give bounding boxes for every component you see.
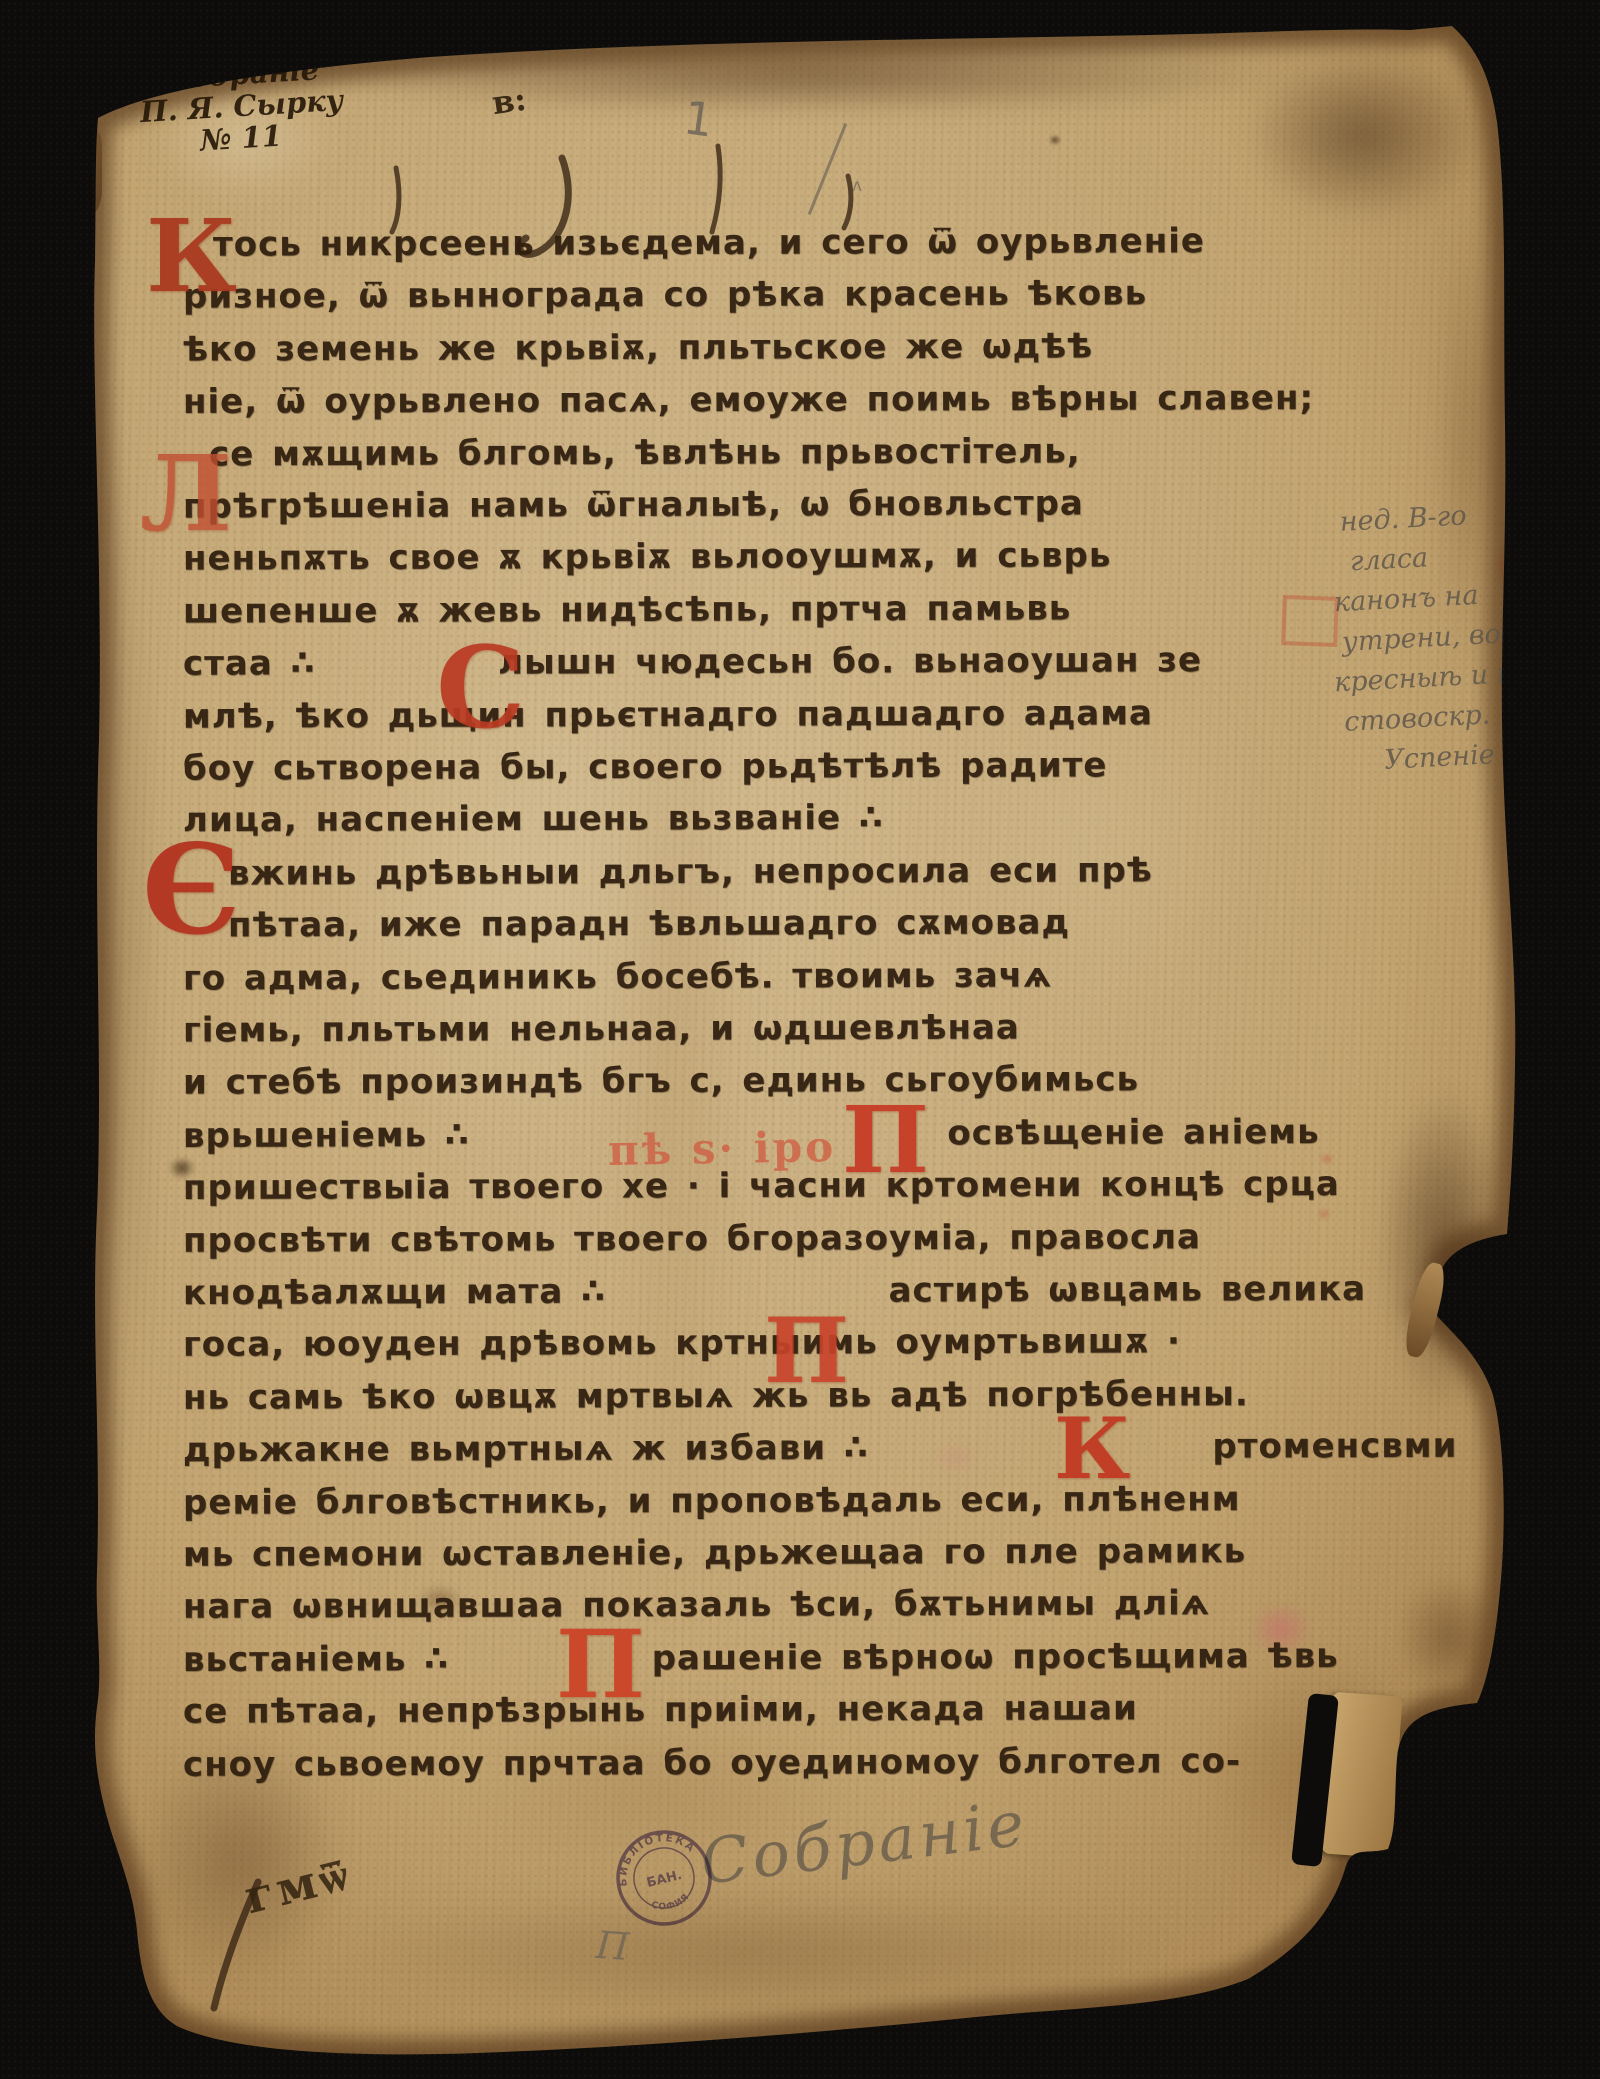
rubric-initial: П xyxy=(764,1312,849,1391)
parchment-leaf: пѣ ѕ· іро тось никрсеень изьєдема, и сег… xyxy=(0,0,1600,2079)
line-text: сноу сьвоемоу прчтаа бо оуединомоу блгот… xyxy=(183,1741,1241,1785)
manuscript-line: го адма, сьединикь босебѣ. твоимь зачѧ xyxy=(183,955,1052,998)
rubric-initial: Л xyxy=(140,448,232,540)
margin-note-pencil: нед. В-гогласаканонъ наутрени, вос-кресн… xyxy=(1329,493,1545,783)
rubric-initial: П xyxy=(556,1624,645,1707)
manuscript-line: и стебѣ произиндѣ бгъ с, единь сьгоубимь… xyxy=(183,1059,1139,1102)
line-text: освѣщеніе аніемь xyxy=(947,1112,1319,1153)
photo-background: пѣ ѕ· іро тось никрсеень изьєдема, и сег… xyxy=(0,0,1600,2079)
manuscript-line: боу сьтворена бы, своего рьдѣтѣлѣ радите xyxy=(183,745,1108,788)
line-text: врьшеніемь ∴ xyxy=(183,1115,487,1156)
manuscript-line: ніе, ѿ оурьвлено пасѧ, емоуже поимь вѣрн… xyxy=(183,378,1314,422)
manuscript-line: мь спемони ѡставленіе, дрьжещаа го пле р… xyxy=(183,1531,1246,1575)
manuscript-line: вжинь дрѣвьныи дльгъ, непросила еси прѣ xyxy=(183,850,1153,893)
line-text: млѣ, ѣко дьщин прьєтнадго падшадго адама xyxy=(183,693,1153,736)
rubric-initial: К xyxy=(1054,1412,1130,1486)
manuscript-line: неньпѫть свое ѫ крьвіѫ вьлооушмѫ, и сьвр… xyxy=(183,535,1111,578)
manuscript-line: гіемь, пльтьми нельнаа, и ѡдшевлѣнаа xyxy=(183,1008,1020,1051)
svg-text:СОФИЯ: СОФИЯ xyxy=(648,1891,694,1917)
line-text: ѣко земень же крьвіѫ, пльтьское же ѡдѣѣ xyxy=(183,326,1093,369)
line-text: вьстаніемь ∴ xyxy=(183,1639,467,1680)
manuscript-line: пришествыіа твоего хе · і часни кртомени… xyxy=(183,1164,1340,1208)
initial-gap xyxy=(886,1458,1212,1459)
rubric-initial: С xyxy=(436,640,525,739)
line-text: кнодѣалѫщи мата ∴ xyxy=(183,1272,624,1314)
manuscript-line: просвѣти свѣтомь твоего бгоразоуміа, пра… xyxy=(183,1217,1201,1261)
line-text: го адма, сьединикь босебѣ. твоимь зачѧ xyxy=(183,955,1052,998)
stamp-ring-bottom: СОФИЯ xyxy=(648,1891,694,1917)
line-text: мь спемони ѡставленіе, дрьжещаа го пле р… xyxy=(183,1531,1246,1575)
manuscript-line: прѣгрѣшеніа намь ѿгналыѣ, ѡ бновльстра xyxy=(183,483,1084,526)
line-text: госа, юоуден дрѣвомь кртныимь оумртьвишѫ… xyxy=(183,1321,1181,1364)
margin-note-line: Успенie xyxy=(1383,733,1544,781)
manuscript-line: вьстаніемь ∴ рашеніе вѣрноѡ просѣщима ѣв… xyxy=(183,1636,1339,1680)
manuscript-line: госа, юоуден дрѣвомь кртныимь оумртьвишѫ… xyxy=(183,1321,1181,1364)
line-text: астирѣ ѡвцамь велика xyxy=(889,1269,1367,1311)
manuscript-line: ѣко земень же крьвіѫ, пльтьское же ѡдѣѣ xyxy=(183,326,1093,369)
stamp-center: БАН. xyxy=(645,1868,683,1891)
line-text: шепенше ѫ жевь нидѣсѣпь, пртча памьвь xyxy=(183,588,1071,631)
rubric-initial: К xyxy=(146,212,237,300)
line-text: се мѫщимь блгомь, ѣвлѣнь прьвостітель, xyxy=(209,431,1081,474)
torn-flap xyxy=(56,128,102,216)
manuscript-line: стаа ∴ лышн чюдесьн бо. вьнаоушан зе xyxy=(183,640,1202,684)
line-text: вжинь дрѣвьныи дльгъ, непросила еси прѣ xyxy=(228,850,1153,893)
quire-mark: в: xyxy=(490,80,529,122)
line-text: гіемь, пльтьми нельнаа, и ѡдшевлѣнаа xyxy=(183,1008,1020,1051)
manuscript-line: сноу сьвоемоу прчтаа бо оуединомоу блгот… xyxy=(183,1741,1241,1785)
margin-note-line: гласа xyxy=(1349,533,1534,583)
manuscript-line: дрьжакне вьмртныѧ ж избави ∴ ртоменсвми xyxy=(183,1426,1458,1470)
manuscript-line: се мѫщимь блгомь, ѣвлѣнь прьвостітель, xyxy=(183,431,1081,474)
line-text: пѣтаа, иже парадн ѣвльшадго сѫмовад xyxy=(228,902,1070,945)
manuscript-line: шепенше ѫ жевь нидѣсѣпь, пртча памьвь xyxy=(183,588,1071,631)
rubric-initial: П xyxy=(842,1100,929,1181)
line-text: ніе, ѿ оурьвлено пасѧ, емоуже поимь вѣрн… xyxy=(183,378,1314,422)
pencil-caret-mark: ʌ xyxy=(852,176,862,196)
line-text: лица, наспеніем шень вьзваніе ∴ xyxy=(183,798,884,840)
line-text: и стебѣ произиндѣ бгъ с, единь сьгоубимь… xyxy=(183,1059,1139,1102)
line-text: лышн чюдесьн бо. вьнаоушан зе xyxy=(498,640,1202,682)
line-text: тось никрсеень изьєдема, и сего ѿ оурьвл… xyxy=(213,221,1205,264)
line-text: боу сьтворена бы, своего рьдѣтѣлѣ радите xyxy=(183,745,1108,788)
line-text: прѣгрѣшеніа намь ѿгналыѣ, ѡ бновльстра xyxy=(183,483,1084,526)
manuscript-line: врьшеніемь ∴ освѣщеніе аніемь xyxy=(183,1112,1320,1156)
worm-hole xyxy=(1440,1852,1456,1866)
line-text: нага ѡвнищавшаа показаль ѣси, бѫтьнимы д… xyxy=(183,1583,1210,1627)
manuscript-line: тось никрсеень изьєдема, и сего ѿ оурьвл… xyxy=(183,221,1205,265)
line-text: се пѣтаа, непрѣзрынь приіми, некада наша… xyxy=(183,1688,1138,1731)
manuscript-line: млѣ, ѣко дьщин прьєтнадго падшадго адама xyxy=(183,693,1153,736)
manuscript-line: се пѣтаа, непрѣзрынь приіми, некада наша… xyxy=(183,1688,1138,1731)
collection-note: СобраніеП. Я. Сырку№ 11 xyxy=(137,52,346,160)
line-text: пришествыіа твоего хе · і часни кртомени… xyxy=(183,1164,1340,1208)
line-text: дрьжакне вьмртныѧ ж избави ∴ xyxy=(183,1428,886,1470)
line-text: неньпѫть свое ѫ крьвіѫ вьлооушмѫ, и сьвр… xyxy=(183,535,1111,578)
manuscript-line: нага ѡвнищавшаа показаль ѣси, бѫтьнимы д… xyxy=(183,1583,1210,1627)
manuscript-line: лица, наспеніем шень вьзваніе ∴ xyxy=(183,798,884,840)
manuscript-line: ризное, ѿ вьннограда со рѣка красень ѣко… xyxy=(183,273,1147,316)
line-text: ризное, ѿ вьннограда со рѣка красень ѣко… xyxy=(183,273,1147,316)
line-text: рашеніе вѣрноѡ просѣщима ѣвь xyxy=(652,1636,1339,1678)
manuscript-line: пѣтаа, иже парадн ѣвльшадго сѫмовад xyxy=(183,902,1070,945)
line-text: просвѣти свѣтомь твоего бгоразоуміа, пра… xyxy=(183,1217,1201,1261)
rubric-initial: Є xyxy=(142,836,241,945)
line-text: ртоменсвми xyxy=(1212,1426,1457,1467)
line-text: стаа ∴ xyxy=(183,643,333,684)
